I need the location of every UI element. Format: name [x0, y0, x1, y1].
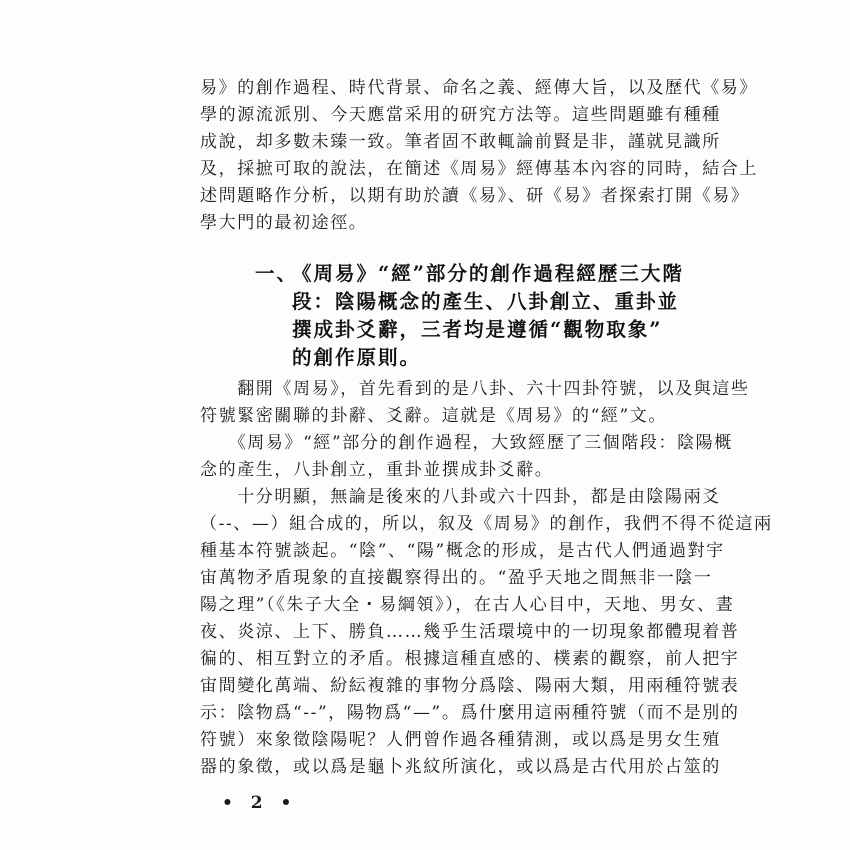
document-page: 易》的創作過程、時代背景、命名之義、經傳大旨，以及歷代《易》 學的源流派別、今天… [0, 0, 850, 850]
body-line: 夜、炎涼、上下、勝負……幾乎生活環境中的一切現象都體現着普 [200, 622, 670, 642]
body-line: 宙間變化萬端、紛紜複雜的事物分爲陰、陽兩大類，用兩種符號表 [200, 676, 670, 696]
section-heading-line: 的創作原則。 [292, 347, 421, 369]
intro-line: 學大門的最初途徑。 [200, 213, 670, 233]
body-line: 宙萬物矛盾現象的直接觀察得出的。“盈乎天地之間無非一陰一 [200, 568, 670, 588]
body-line: 徧的、相互對立的矛盾。根據這種直感的、樸素的觀察，前人把宇 [200, 649, 670, 669]
body-line: 陽之理”（《朱子大全・易綱領》），在古人心目中，天地、男女、晝 [200, 595, 670, 615]
intro-line: 述問題略作分析，以期有助於讀《易》、研《易》者探索打開《易》 [200, 186, 670, 206]
page-number: • 2 • [222, 793, 297, 813]
section-heading-line: 《周易》“經”部分的創作過程經歷三大階 [292, 263, 684, 285]
section-heading-line: 段：陰陽概念的產生、八卦創立、重卦並 [292, 291, 679, 313]
body-line: 符號緊密關聯的卦辭、爻辭。這就是《周易》的“經”文。 [200, 406, 670, 426]
body-line: 翻開《周易》，首先看到的是八卦、六十四卦符號，以及與這些 [200, 379, 670, 399]
intro-line: 及，採摭可取的說法，在簡述《周易》經傳基本內容的同時，結合上 [200, 159, 670, 179]
section-heading-line: 撰成卦爻辭，三者均是遵循“觀物取象” [292, 319, 662, 341]
body-line: 器的象徵，或以爲是龜卜兆紋所演化，或以爲是古代用於占筮的 [200, 757, 670, 777]
body-line: 種基本符號談起。“陰”、“陽”概念的形成，是古代人們通過對宇 [200, 541, 670, 561]
body-line: 示：陰物爲“--”，陽物爲“—”。爲什麼用這兩種符號（而不是別的 [200, 703, 670, 723]
intro-line: 成說，却多數未臻一致。筆者固不敢輒論前賢是非，謹就見識所 [200, 132, 670, 152]
body-line: 《周易》“經”部分的創作過程，大致經歷了三個階段：陰陽概 [200, 433, 670, 453]
body-line: 念的產生，八卦創立，重卦並撰成卦爻辭。 [200, 460, 670, 480]
body-line: 符號）來象徵陰陽呢？人們曾作過各種猜測，或以爲是男女生殖 [200, 730, 670, 750]
body-line: （--、—）組合成的，所以，叙及《周易》的創作，我們不得不從這兩 [200, 514, 670, 534]
body-line: 十分明顯，無論是後來的八卦或六十四卦，都是由陰陽兩爻 [200, 487, 670, 507]
intro-line: 學的源流派別、今天應當采用的研究方法等。這些問題雖有種種 [200, 105, 670, 125]
intro-line: 易》的創作過程、時代背景、命名之義、經傳大旨，以及歷代《易》 [200, 78, 670, 98]
